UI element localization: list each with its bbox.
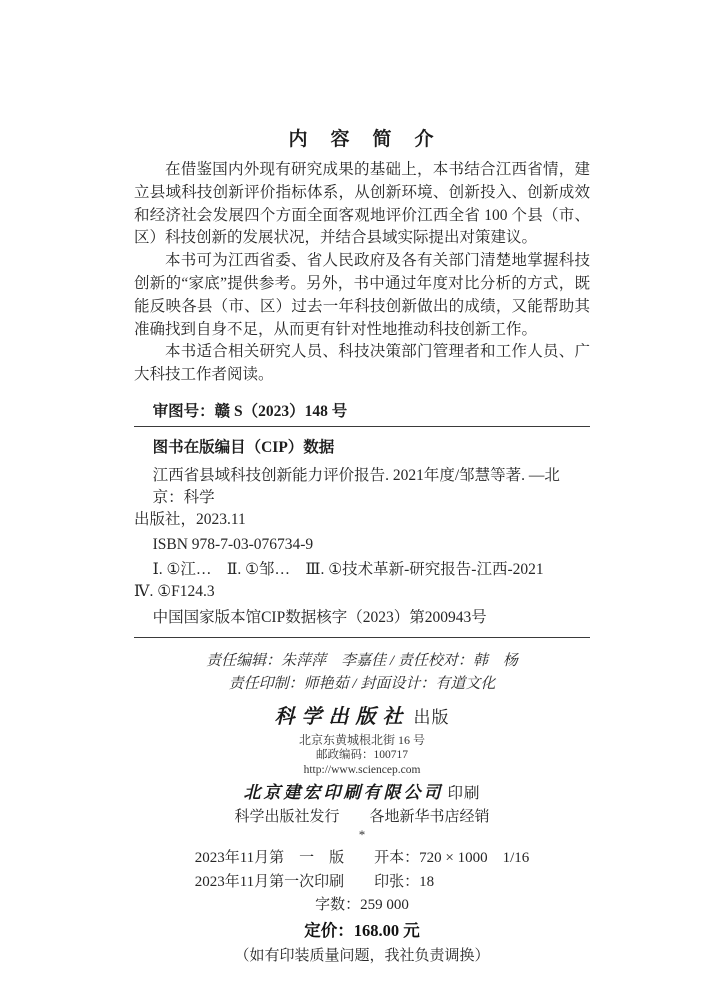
intro-paragraph-2: 本书可为江西省委、省人民政府及各有关部门清楚地掌握科技创新的“家底”提供参考。另…	[134, 250, 590, 341]
printer-label: 印刷	[447, 785, 480, 802]
publisher-line: 科学出版社出版	[134, 704, 590, 732]
intro-paragraph-3: 本书适合相关研究人员、科技决策部门管理者和工作人员、广大科技工作者阅读。	[134, 341, 590, 387]
edition-line: 2023年11月第 一 版 开本：720 × 1000 1/16	[195, 846, 530, 870]
printer-name: 北京建宏印刷有限公司	[243, 783, 443, 802]
quality-notice: （如有印装质量问题，我社负责调换）	[134, 945, 590, 968]
isbn-line: ISBN 978-7-03-076734-9	[134, 534, 590, 556]
page-content: 内 容 简 介 在借鉴国内外现有研究成果的基础上，本书结合江西省情，建立县域科技…	[134, 0, 590, 968]
edition-block: 2023年11月第 一 版 开本：720 × 1000 1/16 2023年11…	[195, 846, 530, 894]
publish-label: 出版	[414, 708, 450, 727]
publisher-logo: 科学出版社	[275, 706, 410, 728]
price-line: 定价：168.00 元	[134, 919, 590, 943]
divider-asterisk: *	[134, 828, 590, 842]
section-title: 内 容 简 介	[134, 124, 590, 151]
credits-line-print-design: 责任印制：师艳茹 / 封面设计：有道文化	[134, 673, 590, 696]
book-copyright-page: 内 容 简 介 在借鉴国内外现有研究成果的基础上，本书结合江西省情，建立县域科技…	[0, 0, 720, 1000]
publisher-postcode: 邮政编码：100717	[134, 748, 590, 763]
divider-rule-top	[134, 426, 590, 427]
intro-paragraph-1: 在借鉴国内外现有研究成果的基础上，本书结合江西省情，建立县域科技创新评价指标体系…	[134, 159, 590, 250]
cip-classification-line-2: Ⅳ. ①F124.3	[134, 581, 590, 603]
credits-line-editors: 责任编辑：朱萍萍 李嘉佳 / 责任校对：韩 杨	[134, 650, 590, 673]
cip-entry-line-1: 江西省县域科技创新能力评价报告. 2021年度/邹慧等著. —北京：科学	[134, 465, 590, 509]
printer-line: 北京建宏印刷有限公司印刷	[134, 782, 590, 805]
printing-line: 2023年11月第一次印刷 印张：18	[195, 870, 530, 894]
map-approval-number: 审图号：赣 S（2023）148 号	[134, 401, 590, 423]
cip-heading: 图书在版编目（CIP）数据	[134, 437, 590, 459]
word-count-line: 字数：259 000	[134, 894, 590, 917]
divider-rule-bottom	[134, 637, 590, 638]
publisher-website: http://www.sciencep.com	[134, 763, 590, 778]
edition-block-wrap: 2023年11月第 一 版 开本：720 × 1000 1/16 2023年11…	[134, 846, 590, 894]
distribution-line: 科学出版社发行 各地新华书店经销	[134, 807, 590, 828]
cip-entry-line-2: 出版社，2023.11	[134, 509, 590, 531]
publisher-address: 北京东黄城根北街 16 号	[134, 732, 590, 748]
cip-classification-line-1: Ⅰ. ①江… Ⅱ. ①邹… Ⅲ. ①技术革新-研究报告-江西-2021	[134, 559, 590, 581]
cip-registry-number: 中国国家版本馆CIP数据核字（2023）第200943号	[134, 607, 590, 629]
